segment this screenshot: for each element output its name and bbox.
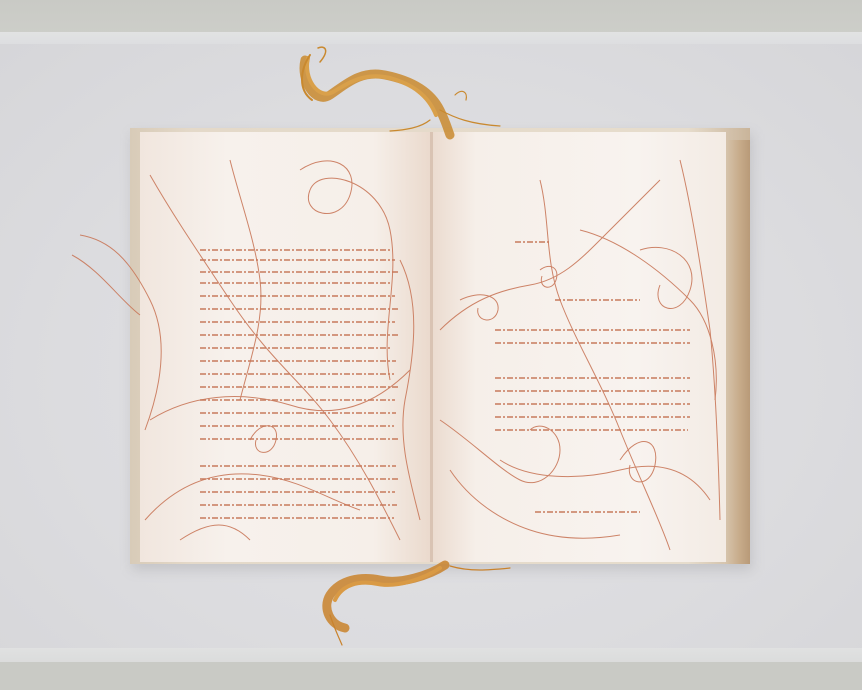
bottom-thread-bundle xyxy=(327,565,510,645)
loose-threads xyxy=(72,160,720,550)
top-thread-bundle xyxy=(302,47,500,135)
thread-artwork xyxy=(0,0,862,690)
